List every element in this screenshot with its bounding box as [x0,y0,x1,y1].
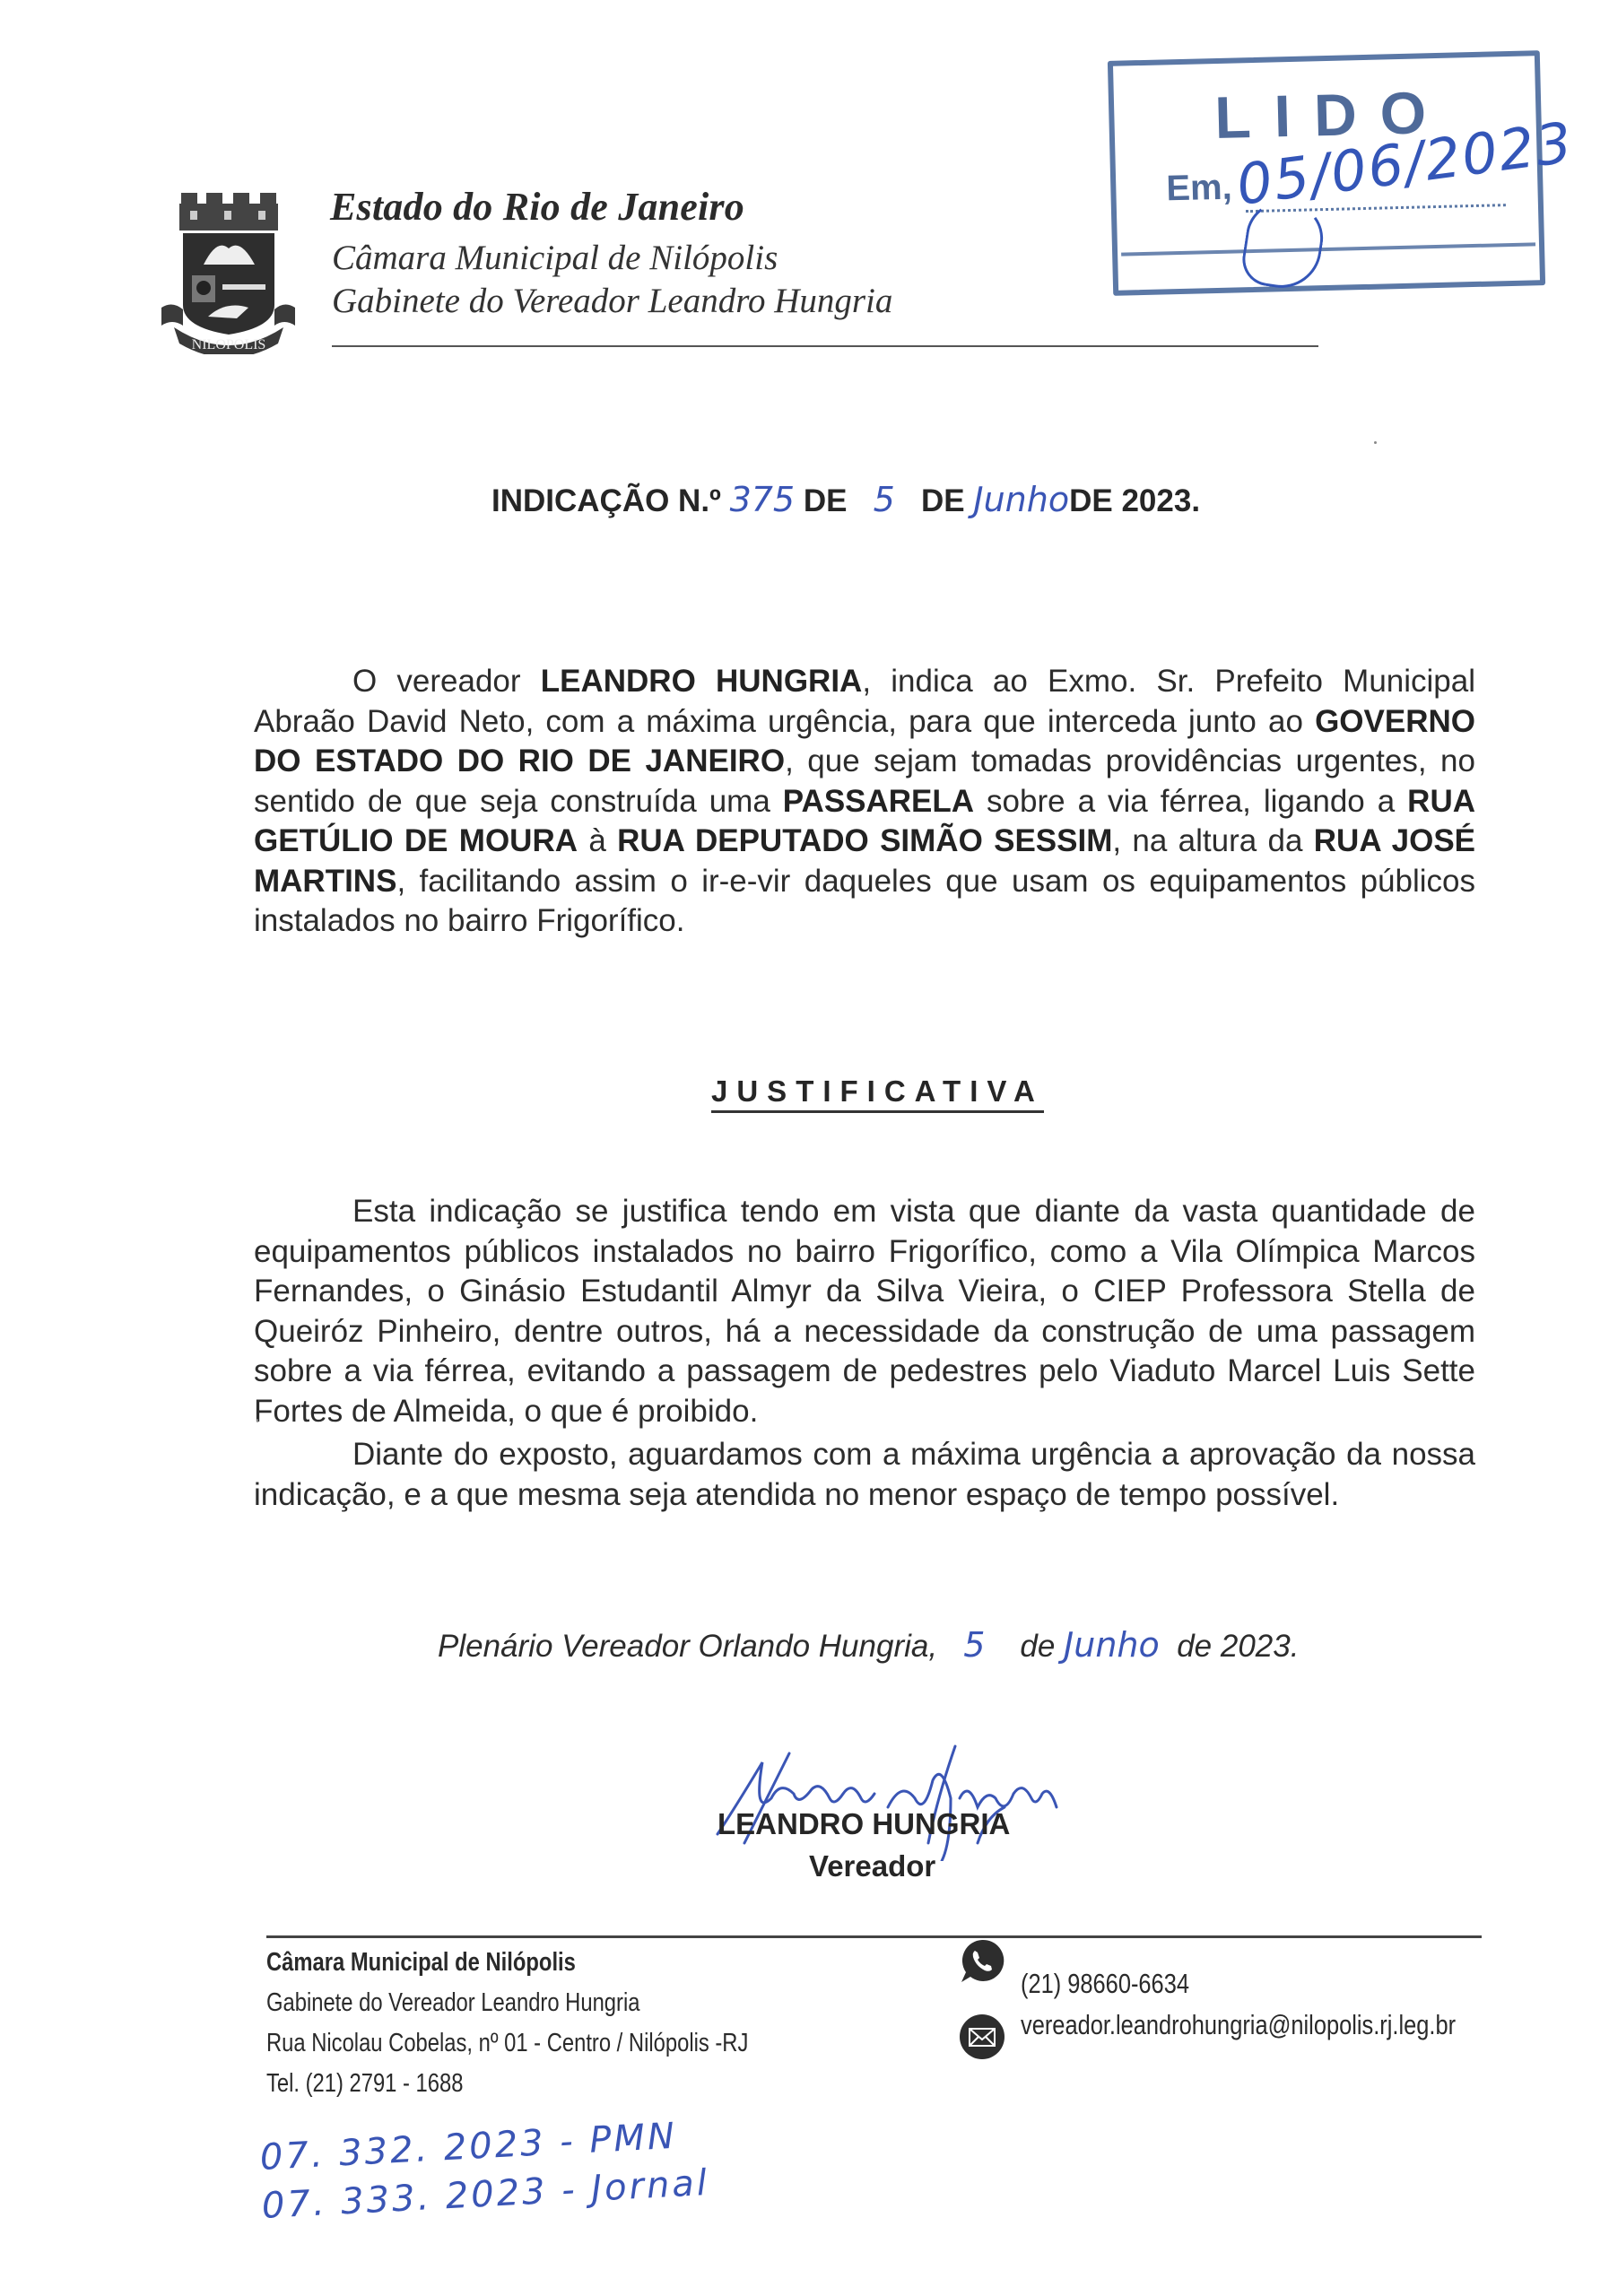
scan-speck [257,1419,258,1422]
indication-title: INDICAÇÃO N.º 375 DE 5 DE JunhoDE 2023. [491,480,1200,519]
footer-telephone: Tel. (21) 2791 - 1688 [266,2064,855,2104]
justification-paragraph: Esta indicação se justifica tendo em vis… [254,1192,1475,1431]
footer-office-name: Gabinete do Vereador Leandro Hungria [266,1983,855,2023]
closing-de: de [1020,1629,1055,1664]
scan-speck [1374,441,1377,444]
text-segment: O vereador [352,664,541,699]
indication-de-1: DE [804,483,848,518]
signatory-name: LEANDRO HUNGRIA [718,1807,1010,1841]
closing-place: Plenário Vereador Orlando Hungria, [438,1629,937,1664]
closing-place-date: Plenário Vereador Orlando Hungria, 5 de … [438,1625,1299,1665]
crest-text: NILOPOLIS [192,337,266,352]
text-segment: à [578,823,617,858]
indication-paragraph: O vereador LEANDRO HUNGRIA, indica ao Ex… [254,662,1475,942]
whatsapp-icon [958,1937,1006,1986]
text-segment: , na altura da [1112,823,1313,858]
conclusion-paragraph: Diante do exposto, aguardamos com a máxi… [254,1435,1475,1515]
handwritten-signature [709,1744,1103,1861]
indication-month: Junho [973,480,1069,519]
footer-chamber-name: Câmara Municipal de Nilópolis [266,1943,855,1983]
footer-whatsapp-number: (21) 98660-6634 [1021,1968,1189,2000]
closing-year: de 2023. [1177,1629,1299,1664]
justification-heading: JUSTIFICATIVA [711,1074,1044,1113]
footer-email: vereador.leandrohungria@nilopolis.rj.leg… [1021,2009,1456,2041]
municipal-crest-logo: NILOPOLIS [154,193,302,354]
bold-text-segment: LEANDRO HUNGRIA [541,664,863,699]
envelope-icon [958,2013,1006,2061]
header-subtitle-chamber: Câmara Municipal de Nilópolis [332,238,778,278]
indication-de-2: DE [921,483,965,518]
signatory-role: Vereador [809,1849,935,1883]
justification-body: Esta indicação se justifica tendo em vis… [254,1192,1475,1431]
footer-address-block: Câmara Municipal de Nilópolis Gabinete d… [266,1943,855,2104]
indication-day: 5 [874,480,895,519]
header-subtitle-office: Gabinete do Vereador Leandro Hungria [332,281,892,321]
footer-address: Rua Nicolau Cobelas, nº 01 - Centro / Ni… [266,2023,855,2064]
indication-suffix: DE 2023. [1069,483,1200,518]
footer-divider [266,1935,1482,1938]
text-segment: , facilitando assim o ir-e-vir daqueles … [254,864,1475,939]
header-divider [332,345,1318,347]
indication-body: O vereador LEANDRO HUNGRIA, indica ao Ex… [254,662,1475,942]
conclusion-body: Diante do exposto, aguardamos com a máxi… [254,1435,1475,1515]
indication-number: 375 [730,480,796,519]
text-segment: sobre a via férrea, ligando a [974,784,1407,819]
received-stamp: LIDO Em, 05/06/2023 [1108,50,1545,296]
closing-month: Junho [1064,1625,1160,1665]
stamp-prefix: Em, [1166,168,1232,210]
header-title: Estado do Rio de Janeiro [330,184,744,230]
closing-day: 5 [963,1625,985,1665]
bold-text-segment: PASSARELA [783,784,974,819]
indication-prefix: INDICAÇÃO N.º [491,483,721,518]
bold-text-segment: RUA DEPUTADO SIMÃO SESSIM [617,823,1112,858]
